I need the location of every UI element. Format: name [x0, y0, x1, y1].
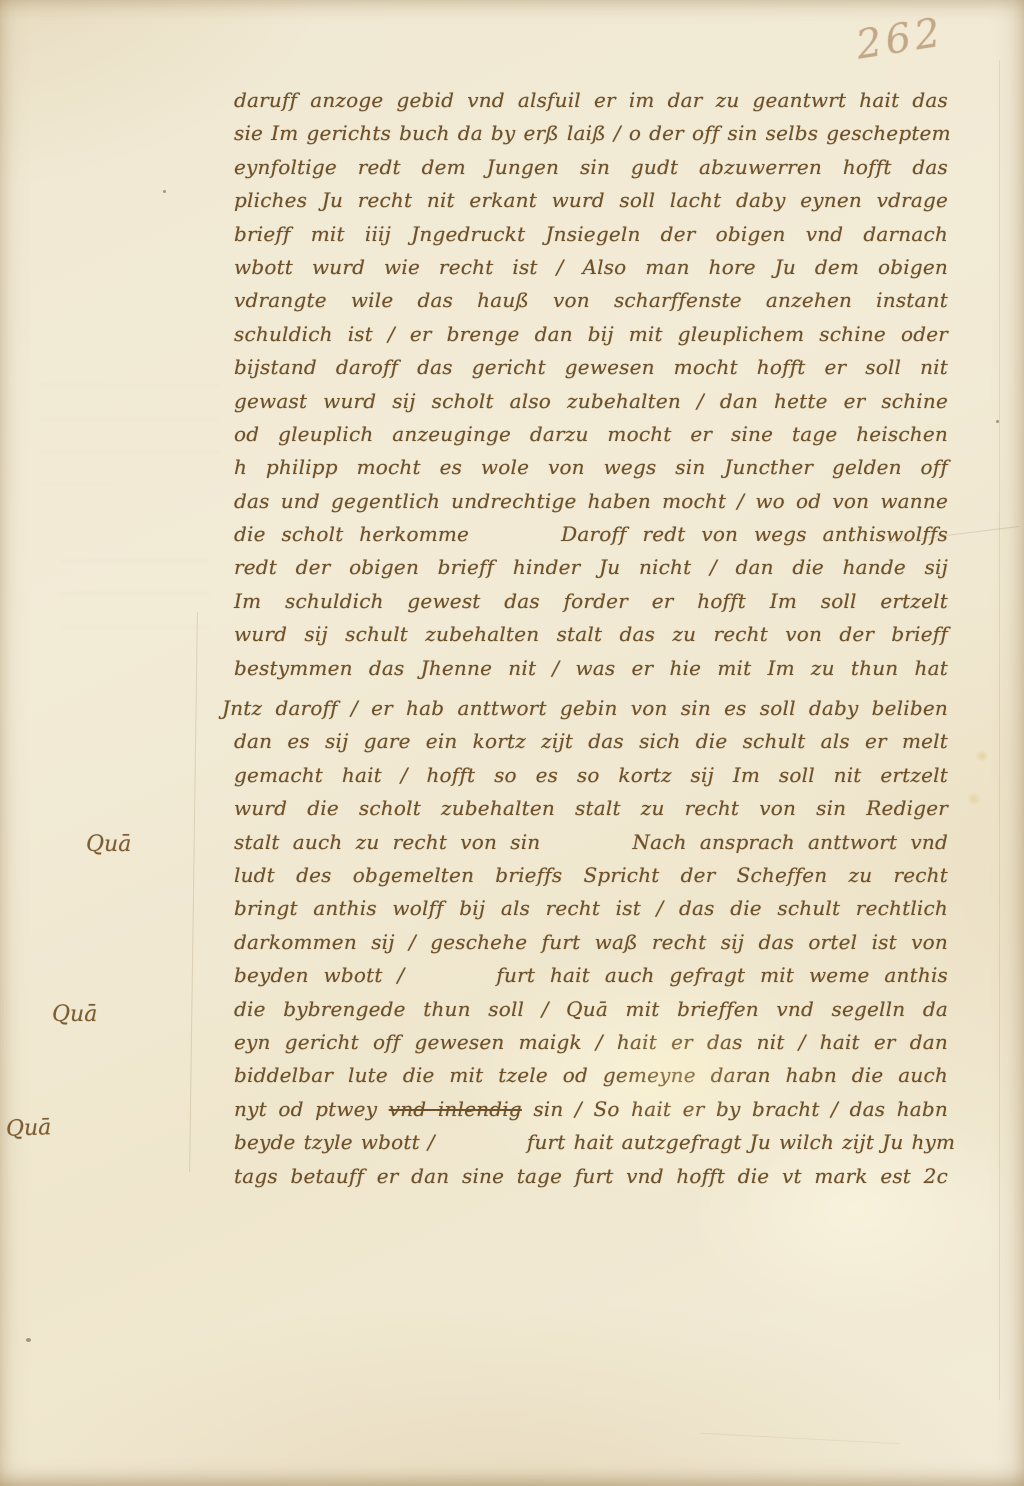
- line-text: od gleuplich anzeuginge darzu mocht er s…: [234, 422, 948, 446]
- line-text: pliches Ju recht nit erkant wurd soll la…: [234, 188, 948, 212]
- line-text: bijstand daroff das gericht gewesen moch…: [234, 355, 948, 379]
- line-text: wurd die scholt zubehalten stalt zu rech…: [234, 796, 948, 820]
- manuscript-line: schuldich ist / er brenge dan bij mit gl…: [234, 318, 948, 351]
- manuscript-line: darkommen sij / geschehe furt waß recht …: [234, 926, 948, 959]
- struck-text: vnd inlendig: [389, 1097, 522, 1121]
- line-text: bestymmen das Jhenne nit / was er hie mi…: [234, 656, 948, 680]
- line-text: wbott wurd wie recht ist / Also man hore…: [234, 255, 948, 279]
- manuscript-line: Im schuldich gewest das forder er hofft …: [234, 585, 948, 618]
- manuscript-line: pliches Ju recht nit erkant wurd soll la…: [234, 184, 948, 217]
- ink-showthrough: [40, 385, 220, 485]
- manuscript-line: bijstand daroff das gericht gewesen moch…: [234, 351, 948, 384]
- manuscript-line: stalt auch zu recht von sinNach ansprach…: [234, 826, 948, 859]
- stain: [600, 1010, 760, 1130]
- line-text: brieff mit iiij Jngedruckt Jnsiegeln der…: [234, 222, 948, 246]
- marginal-note: Quā: [52, 1002, 97, 1027]
- line-text: das und gegentlich undrechtige haben moc…: [234, 489, 948, 513]
- manuscript-line: brieff mit iiij Jngedruckt Jnsiegeln der…: [234, 218, 948, 251]
- manuscript-line: vdrangte wile das hauß von scharffenste …: [234, 284, 948, 317]
- line-text: Nach ansprach anttwort vnd: [632, 830, 948, 854]
- manuscript-line: redt der obigen brieff hinder Ju nicht /…: [234, 551, 948, 584]
- line-text: die scholt herkomme: [234, 522, 469, 546]
- line-text: furt hait auch gefragt mit weme anthis: [496, 963, 948, 987]
- line-text: tags betauff er dan sine tage furt vnd h…: [234, 1164, 948, 1188]
- manuscript-line: bringt anthis wolff bij als recht ist / …: [234, 892, 948, 925]
- manuscript-line: od gleuplich anzeuginge darzu mocht er s…: [234, 418, 948, 451]
- crease-line: [189, 612, 198, 1172]
- line-text: Im schuldich gewest das forder er hofft …: [234, 589, 948, 613]
- line-text: biddelbar lute die mit tzele od gemeyne …: [234, 1063, 948, 1087]
- line-text: darkommen sij / geschehe furt waß recht …: [234, 930, 948, 954]
- manuscript-line: die scholt herkommeDaroff redt von wegs …: [234, 518, 948, 551]
- stain: [975, 750, 989, 762]
- manuscript-line: gemacht hait / hofft so es so kortz sij …: [234, 759, 948, 792]
- line-text: furt hait autzgefragt Ju wilch zijt Ju h…: [527, 1130, 955, 1154]
- line-text: stalt auch zu recht von sin: [234, 830, 540, 854]
- line-text: daruff anzoge gebid vnd alsfuil er im da…: [234, 88, 948, 112]
- line-text: redt der obigen brieff hinder Ju nicht /…: [234, 555, 948, 579]
- marginal-note: Quā: [6, 1115, 52, 1142]
- line-text: nyt od ptwey: [234, 1097, 389, 1121]
- marginal-note: Quā: [86, 832, 131, 857]
- manuscript-line: eyn gericht off gewesen maigk / hait er …: [234, 1026, 948, 1059]
- manuscript-line: gewast wurd sij scholt also zubehalten /…: [234, 385, 948, 418]
- line-text: die bybrengede thun soll / Quā mit brief…: [234, 997, 948, 1021]
- line-text: gewast wurd sij scholt also zubehalten /…: [234, 389, 948, 413]
- line-text: dan es sij gare ein kortz zijt das sich …: [234, 729, 948, 753]
- paper-speck: [996, 420, 999, 423]
- manuscript-line: tags betauff er dan sine tage furt vnd h…: [234, 1160, 948, 1193]
- line-text: sie Im gerichts buch da by erß laiß / o …: [234, 121, 951, 145]
- line-text: bringt anthis wolff bij als recht ist / …: [234, 896, 948, 920]
- manuscript-line: beyden wbott /furt hait auch gefragt mit…: [234, 959, 948, 992]
- stain: [966, 792, 982, 806]
- ink-showthrough: [60, 560, 210, 630]
- manuscript-line: bestymmen das Jhenne nit / was er hie mi…: [234, 652, 948, 685]
- manuscript-line: das und gegentlich undrechtige haben moc…: [234, 485, 948, 518]
- manuscript-line: dan es sij gare ein kortz zijt das sich …: [234, 725, 948, 758]
- text-block: daruff anzoge gebid vnd alsfuil er im da…: [234, 84, 948, 1193]
- line-text: ludt des obgemelten brieffs Spricht der …: [234, 863, 948, 887]
- crease-line: [700, 1433, 900, 1444]
- manuscript-line: beyde tzyle wbott /furt hait autzgefragt…: [234, 1126, 948, 1159]
- manuscript-line: wurd die scholt zubehalten stalt zu rech…: [234, 792, 948, 825]
- manuscript-line: Jntz daroff / er hab anttwort gebin von …: [222, 692, 948, 725]
- manuscript-line: biddelbar lute die mit tzele od gemeyne …: [234, 1059, 948, 1092]
- manuscript-line: ludt des obgemelten brieffs Spricht der …: [234, 859, 948, 892]
- manuscript-line: eynfoltige redt dem Jungen sin gudt abzu…: [234, 151, 948, 184]
- line-text: eyn gericht off gewesen maigk / hait er …: [234, 1030, 948, 1054]
- folio-number: 262: [853, 9, 947, 68]
- manuscript-line: h philipp mocht es wole von wegs sin Jun…: [234, 451, 948, 484]
- manuscript-line: daruff anzoge gebid vnd alsfuil er im da…: [234, 84, 948, 117]
- line-text: beyde tzyle wbott /: [234, 1130, 435, 1154]
- manuscript-line: die bybrengede thun soll / Quā mit brief…: [234, 993, 948, 1026]
- line-text: schuldich ist / er brenge dan bij mit gl…: [234, 322, 948, 346]
- manuscript-line: sie Im gerichts buch da by erß laiß / o …: [234, 117, 948, 150]
- line-text: eynfoltige redt dem Jungen sin gudt abzu…: [234, 155, 948, 179]
- line-text: Jntz daroff / er hab anttwort gebin von …: [222, 696, 948, 720]
- line-text: vdrangte wile das hauß von scharffenste …: [234, 288, 948, 312]
- manuscript-line: wurd sij schult zubehalten stalt das zu …: [234, 618, 948, 651]
- paper-speck: [26, 1338, 31, 1342]
- line-text: gemacht hait / hofft so es so kortz sij …: [234, 763, 948, 787]
- line-text: wurd sij schult zubehalten stalt das zu …: [234, 622, 948, 646]
- crease-line: [999, 60, 1000, 1400]
- paper-speck: [163, 190, 166, 193]
- manuscript-line: wbott wurd wie recht ist / Also man hore…: [234, 251, 948, 284]
- manuscript-page: 262 daruff anzoge gebid vnd alsfuil er i…: [0, 0, 1024, 1486]
- line-text: beyden wbott /: [234, 963, 404, 987]
- line-text: h philipp mocht es wole von wegs sin Jun…: [234, 455, 948, 479]
- manuscript-line: nyt od ptwey vnd inlendig sin / So hait …: [234, 1093, 948, 1126]
